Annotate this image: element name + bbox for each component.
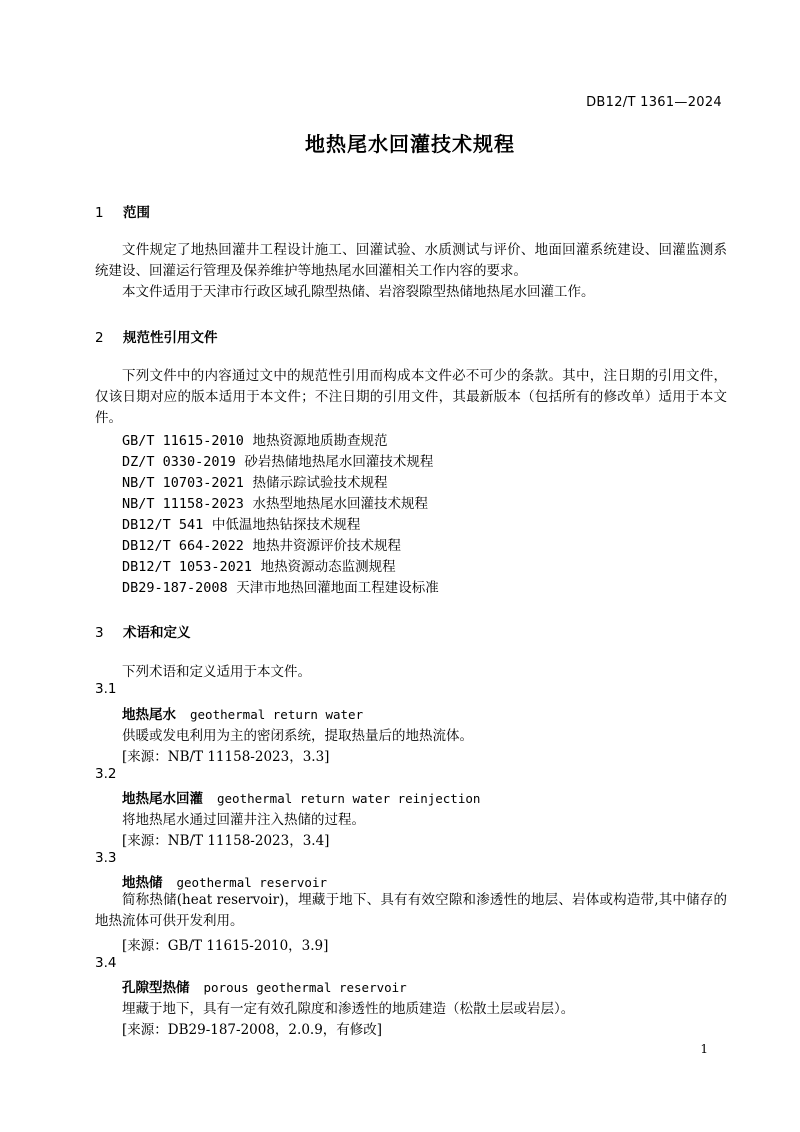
clause-number: 3.2 (95, 766, 116, 782)
reference-code: NB/T 10703-2021 (122, 475, 244, 491)
reference-code: DZ/T 0330-2019 (122, 454, 236, 470)
reference-item: GB/T 11615-2010 地热资源地质勘查规范 (122, 429, 388, 449)
clause-number: 3.4 (95, 955, 116, 971)
term-zh: 地热尾水 (122, 707, 176, 723)
reference-item: DB12/T 541 中低温地热钻探技术规程 (122, 513, 360, 533)
term-definition: 简称热储(heat reservoir)，埋藏于地下、具有有效空隙和渗透性的地层… (95, 890, 727, 932)
term-entry: 地热尾水geothermal return water (122, 703, 363, 723)
section-number: 1 (95, 205, 123, 221)
term-en: geothermal reservoir (177, 875, 328, 890)
term-source: [来源：NB/T 11158-2023，3.4] (122, 829, 329, 849)
section-number: 2 (95, 330, 123, 346)
term-zh: 地热储 (122, 875, 163, 891)
clause-number: 3.3 (95, 850, 116, 866)
term-zh: 地热尾水回灌 (122, 791, 203, 807)
section-intro: 下列术语和定义适用于本文件。 (122, 660, 311, 680)
paragraph: 本文件适用于天津市行政区域孔隙型热储、岩溶裂隙型热储地热尾水回灌工作。 (95, 282, 727, 303)
reference-name: 水热型地热尾水回灌技术规程 (253, 496, 429, 512)
term-entry: 孔隙型热储porous geothermal reservoir (122, 976, 407, 996)
term-en: geothermal return water reinjection (217, 791, 480, 806)
section-title: 术语和定义 (123, 625, 191, 641)
reference-name: 地热井资源评价技术规程 (253, 538, 402, 554)
reference-name: 地热资源地质勘查规范 (253, 433, 388, 449)
term-definition: 将地热尾水通过回灌井注入热储的过程。 (122, 808, 365, 828)
reference-name: 中低温地热钻探技术规程 (212, 517, 361, 533)
section-title: 范围 (123, 205, 150, 221)
term-source: [来源：DB29-187-2008，2.0.9，有修改] (122, 1018, 382, 1038)
term-en: geothermal return water (190, 707, 363, 722)
term-source: [来源：NB/T 11158-2023，3.3] (122, 745, 329, 765)
reference-item: DB12/T 1053-2021 地热资源动态监测规程 (122, 555, 396, 575)
reference-item: DB12/T 664-2022 地热井资源评价技术规程 (122, 534, 401, 554)
reference-code: DB12/T 541 (122, 517, 203, 533)
reference-name: 地热资源动态监测规程 (261, 559, 396, 575)
reference-item: DZ/T 0330-2019 砂岩热储地热尾水回灌技术规程 (122, 450, 433, 470)
paragraph: 下列文件中的内容通过文中的规范性引用而构成本文件必不可少的条款。其中，注日期的引… (95, 366, 727, 429)
reference-name: 砂岩热储地热尾水回灌技术规程 (244, 454, 433, 470)
term-source: [来源：GB/T 11615-2010，3.9] (122, 934, 328, 954)
term-entry: 地热尾水回灌geothermal return water reinjectio… (122, 787, 480, 807)
doc-number: DB12/T 1361—2024 (586, 95, 722, 110)
reference-name: 天津市地热回灌地面工程建设标准 (236, 580, 439, 596)
reference-item: NB/T 11158-2023 水热型地热尾水回灌技术规程 (122, 492, 428, 512)
reference-item: DB29-187-2008 天津市地热回灌地面工程建设标准 (122, 576, 439, 596)
reference-code: DB12/T 1053-2021 (122, 559, 252, 575)
reference-name: 热储示踪试验技术规程 (253, 475, 388, 491)
reference-code: NB/T 11158-2023 (122, 496, 244, 512)
section-number: 3 (95, 625, 123, 641)
page-title: 地热尾水回灌技术规程 (0, 128, 800, 157)
section-title: 规范性引用文件 (123, 330, 218, 346)
reference-code: DB29-187-2008 (122, 580, 228, 596)
term-zh: 孔隙型热储 (122, 980, 190, 996)
paragraph: 文件规定了地热回灌井工程设计施工、回灌试验、水质测试与评价、地面回灌系统建设、回… (95, 240, 727, 282)
clause-number: 3.1 (95, 681, 116, 697)
term-definition: 埋藏于地下，具有一定有效孔隙度和渗透性的地质建造（松散土层或岩层）。 (122, 997, 574, 1017)
section-heading-2: 2规范性引用文件 (95, 326, 218, 346)
reference-code: GB/T 11615-2010 (122, 433, 244, 449)
section-heading-3: 3术语和定义 (95, 621, 191, 641)
term-en: porous geothermal reservoir (204, 980, 407, 995)
page-number: 1 (700, 1042, 708, 1056)
term-definition: 供暖或发电利用为主的密闭系统，提取热量后的地热流体。 (122, 724, 473, 744)
reference-item: NB/T 10703-2021 热储示踪试验技术规程 (122, 471, 388, 491)
section-heading-1: 1范围 (95, 201, 150, 221)
document-page: DB12/T 1361—2024 地热尾水回灌技术规程 1范围 文件规定了地热回… (0, 0, 800, 1132)
term-entry: 地热储geothermal reservoir (122, 871, 327, 891)
reference-code: DB12/T 664-2022 (122, 538, 244, 554)
